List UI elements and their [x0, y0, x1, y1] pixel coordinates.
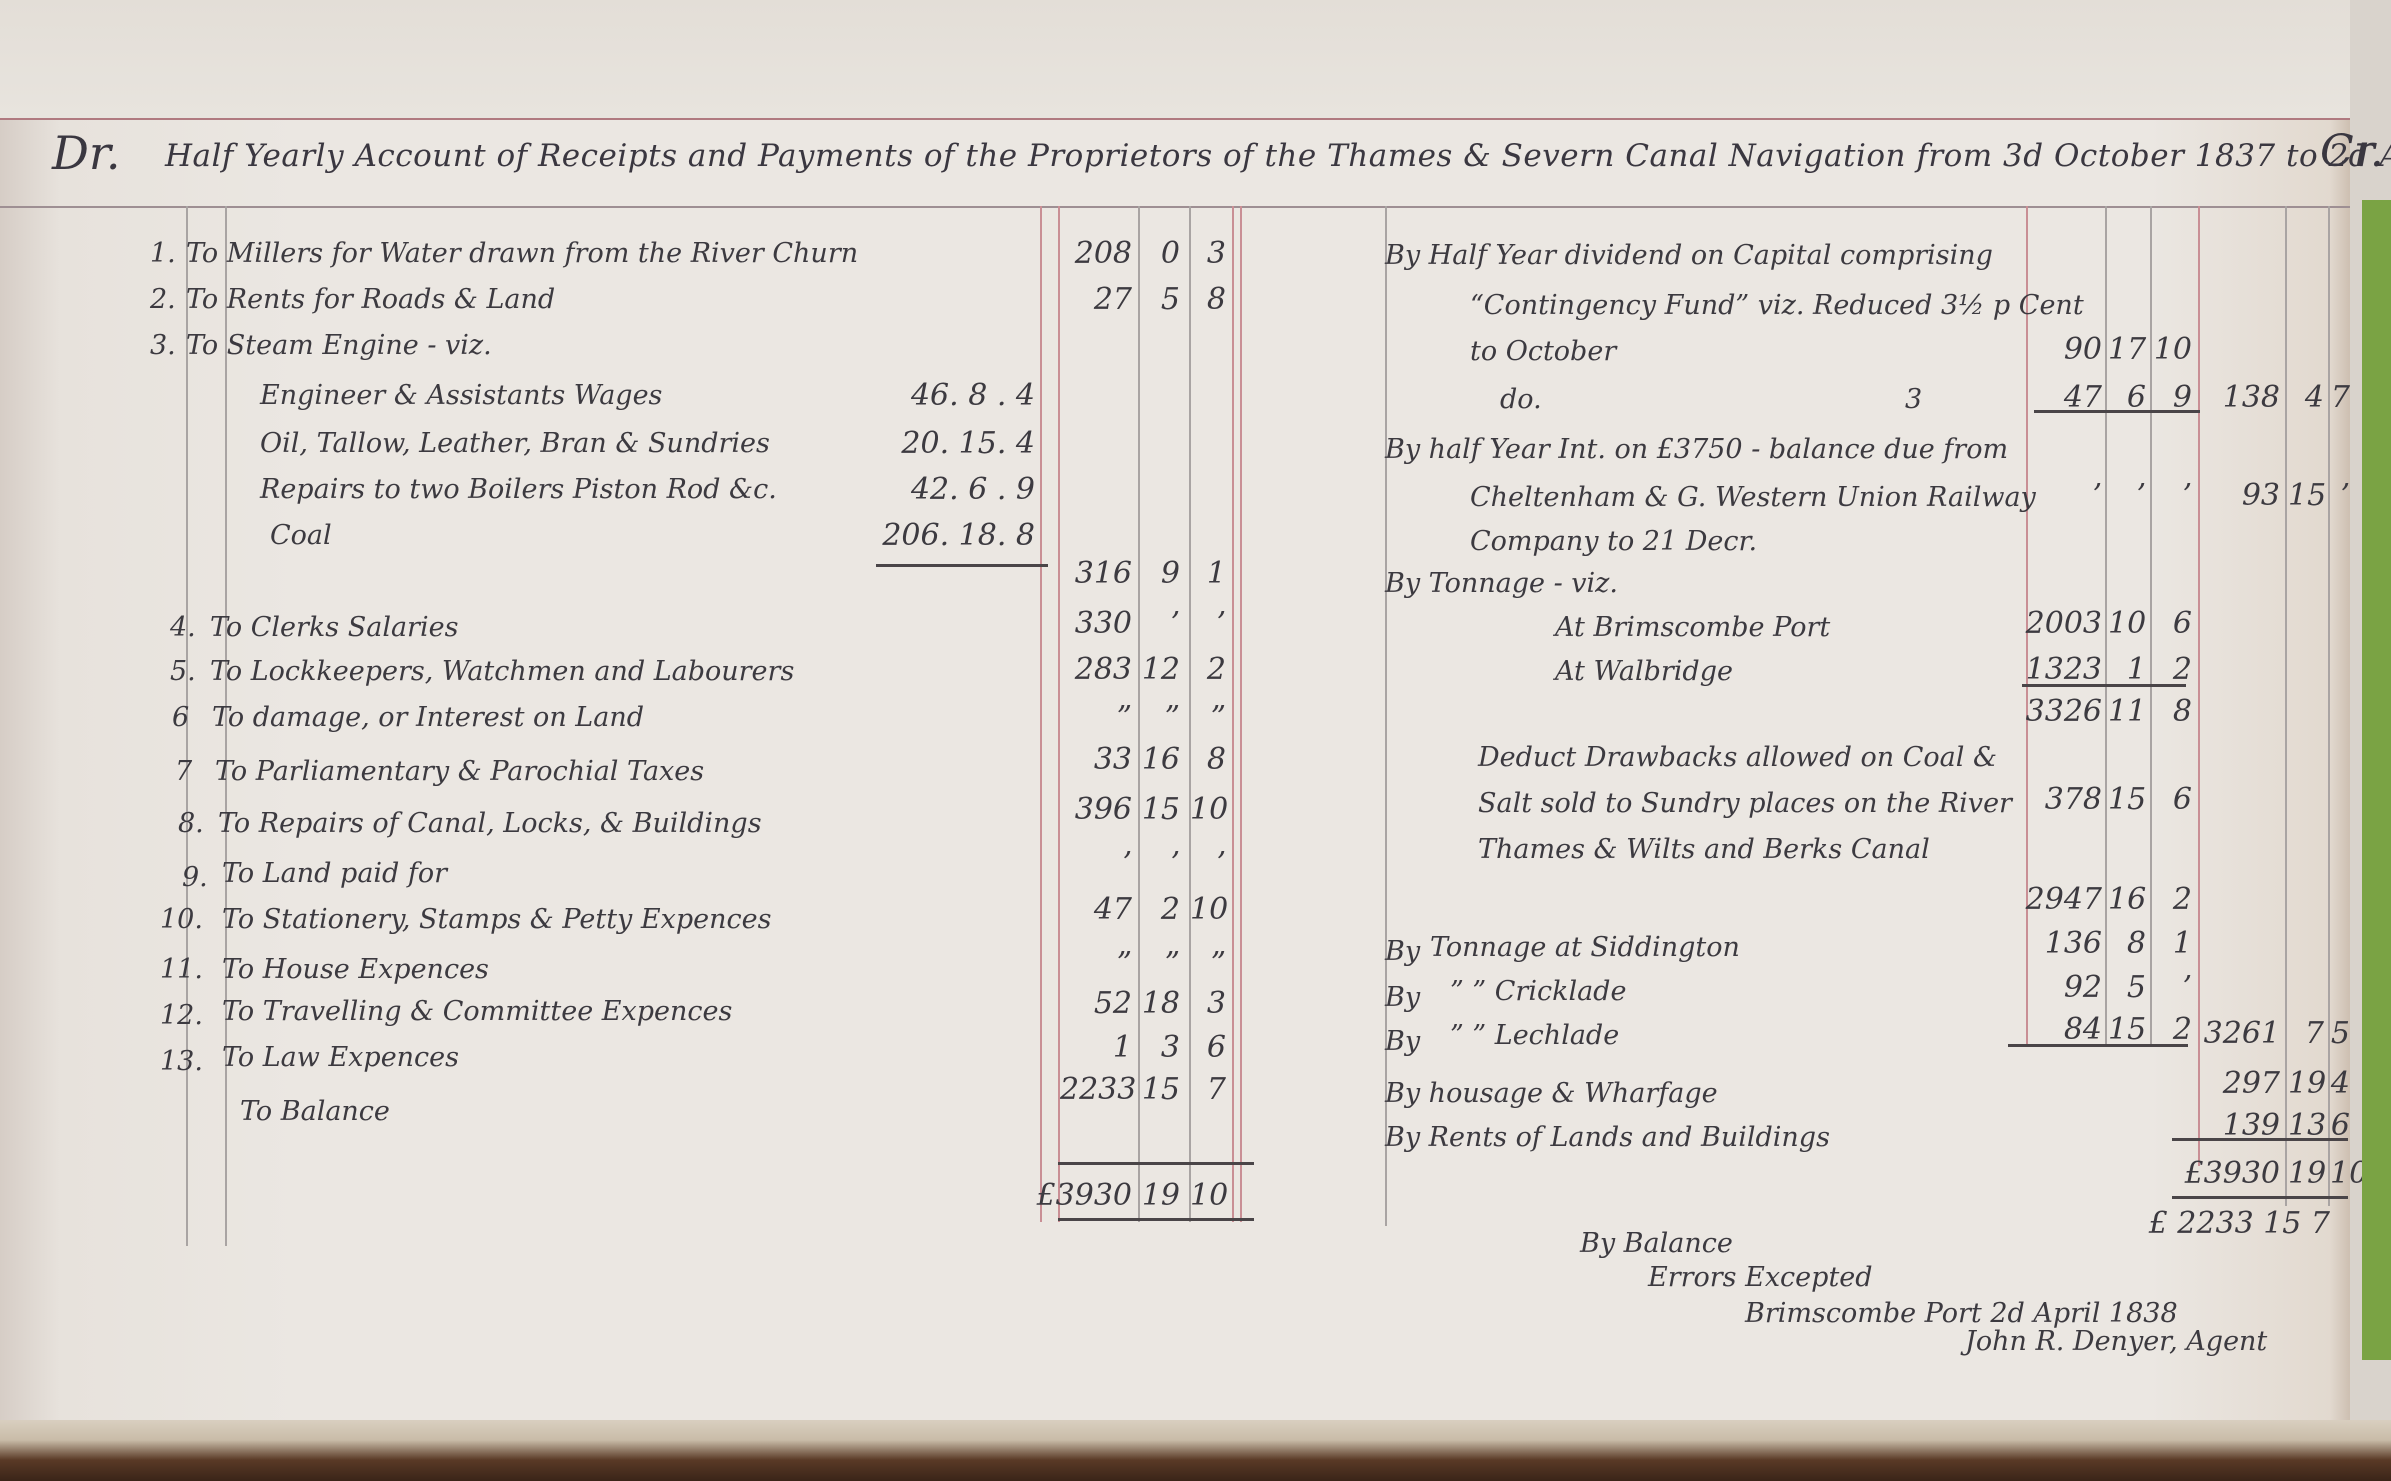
amount-pence: 4 [2330, 1066, 2350, 1101]
amount-shillings: 5 [2108, 970, 2146, 1005]
amount-shillings: ’ [2108, 478, 2146, 513]
amount-pounds: 297 [2198, 1066, 2280, 1101]
amount-pounds: 93 [2205, 478, 2280, 513]
item-number: 7 [175, 756, 192, 787]
amount-shillings: 9 [1140, 556, 1180, 591]
amount-shillings: ’ [1140, 846, 1180, 881]
entry-text: Salt sold to Sundry places on the River [1478, 788, 2012, 819]
amount-shillings: 2 [1140, 892, 1180, 927]
item-description: To Law Expences [222, 1042, 459, 1073]
item-description: To Balance [240, 1096, 390, 1127]
entry-text: do. [1500, 384, 1542, 415]
amount-pounds: ’ [1060, 846, 1132, 881]
ledger-title: Half Yearly Account of Receipts and Paym… [165, 138, 2391, 174]
amount-pounds: 1323 [2024, 652, 2102, 687]
entry-prefix: By [1385, 1026, 1420, 1057]
signature: John R. Denyer, Agent [1965, 1326, 2267, 1357]
entry-text: 3 [1905, 384, 1922, 415]
subtotal-rule [2034, 410, 2200, 413]
amount-pence: ’ [2152, 478, 2192, 513]
place-date: Brimscombe Port 2d April 1838 [1745, 1298, 2178, 1329]
amount-pounds: 33 [1060, 742, 1132, 777]
amount-pounds: 1 [1060, 1030, 1132, 1065]
item-number: 11. [160, 954, 203, 985]
item-number: 8. [178, 808, 204, 839]
background-green [2362, 200, 2391, 1360]
amount-shillings: 17 [2108, 332, 2146, 367]
debit-label: Dr. [52, 126, 120, 180]
amount-pence: 5 [2330, 1016, 2350, 1051]
amount-pence: 7 [2330, 380, 2350, 415]
amount-pence: ’ [2330, 478, 2350, 513]
amount-shillings: 5 [1140, 282, 1180, 317]
subtotal-rule [2022, 684, 2186, 687]
entry-text: Company to 21 Decr. [1470, 526, 1757, 557]
amount-pence: 1 [1190, 556, 1226, 591]
amount-shillings: 7 [2288, 1016, 2324, 1051]
amount-shillings: 11 [2108, 694, 2146, 729]
amount-pounds: 47 [1060, 892, 1132, 927]
item-number: 12. [160, 1000, 203, 1031]
rule [2285, 206, 2287, 1206]
amount-pence: 2 [2152, 652, 2192, 687]
amount-shillings: 1 [2108, 652, 2146, 687]
entry-text: “Contingency Fund” viz. Reduced 3½ p Cen… [1470, 290, 2084, 321]
item-number: 1. [150, 238, 176, 269]
amount-pence: 10 [2330, 1156, 2350, 1191]
subitem-amount: 206. 18. 8 [860, 518, 1035, 553]
subitem-amount: 46. 8 . 4 [860, 378, 1035, 413]
amount-pence: 8 [2152, 694, 2192, 729]
amount-pence: 3 [1190, 236, 1226, 271]
item-description: To Repairs of Canal, Locks, & Buildings [218, 808, 762, 839]
entry-text: At Brimscombe Port [1555, 612, 1830, 643]
amount-shillings: ” [1140, 700, 1180, 735]
item-number: 6 [172, 702, 189, 733]
amount-pounds: 283 [1060, 652, 1132, 687]
page-top-margin [0, 0, 2350, 118]
total-rule [1058, 1162, 1254, 1165]
amount-pounds: 138 [2205, 380, 2280, 415]
item-number: 5. [170, 656, 196, 687]
item-description: To damage, or Interest on Land [212, 702, 644, 733]
item-description: To Parliamentary & Parochial Taxes [215, 756, 704, 787]
amount-pounds: 2233 [1060, 1072, 1132, 1107]
subitem-description: Engineer & Assistants Wages [260, 380, 662, 411]
amount-shillings: 15 [2288, 478, 2324, 513]
amount-pounds: 52 [1060, 986, 1132, 1021]
amount-pence: 6 [2152, 606, 2192, 641]
rule [2328, 206, 2330, 1206]
amount-pounds: 92 [2024, 970, 2102, 1005]
amount-shillings: ’ [1140, 606, 1180, 641]
amount-pence: 1 [2152, 926, 2192, 961]
amount-pounds: 90 [2030, 332, 2102, 367]
amount-pounds: £3930 [1020, 1178, 1132, 1213]
item-number: 13. [160, 1046, 203, 1077]
entry-prefix: By [1385, 936, 1420, 967]
amount-shillings: 3 [1140, 1030, 1180, 1065]
entry-text: to October [1470, 336, 1616, 367]
subitem-amount: 20. 15. 4 [860, 426, 1035, 461]
item-description: To Land paid for [222, 858, 447, 889]
amount-shillings: 16 [2108, 882, 2146, 917]
subitem-description: Oil, Tallow, Leather, Bran & Sundries [260, 428, 770, 459]
amount-pounds: 84 [2024, 1012, 2102, 1047]
amount-pence: ” [1190, 946, 1226, 981]
amount-pence: 10 [1190, 892, 1226, 927]
item-number: 3. [150, 330, 176, 361]
item-description: To House Expences [222, 954, 489, 985]
entry-text: By Rents of Lands and Buildings [1385, 1122, 1830, 1153]
amount-pounds: 2003 [2024, 606, 2102, 641]
item-description: To Lockkeepers, Watchmen and Labourers [210, 656, 794, 687]
ledger-page: Dr. Half Yearly Account of Receipts and … [0, 0, 2350, 1450]
amount-shillings: 16 [1140, 742, 1180, 777]
amount-pence: 7 [1190, 1072, 1226, 1107]
amount-pounds: £3930 [2150, 1156, 2280, 1191]
item-description: To Steam Engine - viz. [186, 330, 492, 361]
item-description: To Stationery, Stamps & Petty Expences [222, 904, 771, 935]
entry-text: Cheltenham & G. Western Union Railway [1470, 482, 2036, 513]
ledger-header: Dr. Half Yearly Account of Receipts and … [0, 118, 2350, 206]
subtotal-rule [2008, 1044, 2188, 1047]
item-description: To Rents for Roads & Land [186, 284, 555, 315]
amount-pounds: 2947 [2024, 882, 2102, 917]
amount-pence: 2 [1190, 652, 1226, 687]
amount-pence: 10 [1190, 1178, 1226, 1213]
amount-pounds: 3326 [2024, 694, 2102, 729]
item-number: 4. [170, 612, 196, 643]
amount-pence: 10 [1190, 792, 1226, 827]
total-double-rule [2172, 1196, 2348, 1199]
entry-text: ” ” Cricklade [1450, 976, 1626, 1007]
amount-pounds: 378 [2024, 782, 2102, 817]
entry-text: Deduct Drawbacks allowed on Coal & [1478, 742, 1997, 773]
amount-pence: 3 [1190, 986, 1226, 1021]
amount-shillings: 0 [1140, 236, 1180, 271]
amount-shillings: 4 [2288, 380, 2324, 415]
amount-pence: 6 [2152, 782, 2192, 817]
entry-text: ” ” Lechlade [1450, 1020, 1619, 1051]
amount-pounds: 136 [2024, 926, 2102, 961]
entry-text: Thames & Wilts and Berks Canal [1478, 834, 1930, 865]
amount-pounds: 316 [1060, 556, 1132, 591]
amount-pounds: 396 [1060, 792, 1132, 827]
amount-shillings: 8 [2108, 926, 2146, 961]
amount-pence: 2 [2152, 1012, 2192, 1047]
amount-pounds: 3261 [2198, 1016, 2280, 1051]
credit-label: Cr. [2320, 126, 2384, 177]
subtotal-rule [876, 564, 1048, 567]
entry-text: By half Year Int. on £3750 - balance due… [1385, 434, 2008, 465]
rule [2105, 206, 2107, 1046]
rule [1240, 206, 1242, 1222]
rule [1232, 206, 1234, 1222]
total-double-rule [1058, 1218, 1254, 1221]
entry-text: By housage & Wharfage [1385, 1078, 1718, 1109]
balance-amount: £ 2233 15 7 [2080, 1206, 2330, 1241]
entry-prefix: By [1385, 982, 1420, 1013]
amount-shillings: 18 [1140, 986, 1180, 1021]
amount-pence: 10 [2152, 332, 2192, 367]
rule [1040, 206, 1042, 1222]
amount-pounds: ” [1060, 700, 1132, 735]
entry-text: Tonnage at Siddington [1430, 932, 1740, 963]
item-description: To Clerks Salaries [210, 612, 458, 643]
amount-shillings: 19 [2288, 1066, 2324, 1101]
amount-pounds: 208 [1060, 236, 1132, 271]
amount-pence: 8 [1190, 742, 1226, 777]
amount-pounds: 330 [1060, 606, 1132, 641]
amount-shillings: 12 [1140, 652, 1180, 687]
total-rule [2172, 1138, 2348, 1141]
entry-text: At Walbridge [1555, 656, 1733, 687]
amount-pounds: ’ [2030, 478, 2102, 513]
amount-shillings: 19 [1140, 1178, 1180, 1213]
subitem-amount: 42. 6 . 9 [860, 472, 1035, 507]
entry-text: By Half Year dividend on Capital compris… [1385, 240, 1993, 271]
errors-excepted: Errors Excepted [1648, 1262, 1873, 1293]
subitem-description: Repairs to two Boilers Piston Rod &c. [260, 474, 777, 505]
amount-pence: 8 [1190, 282, 1226, 317]
amount-pence: ’ [1190, 846, 1226, 881]
amount-shillings: 15 [2108, 1012, 2146, 1047]
header-bottom-rule [0, 206, 2350, 208]
amount-shillings: 15 [1140, 792, 1180, 827]
entry-text: By Balance [1580, 1228, 1733, 1259]
book-bottom-edge [0, 1420, 2391, 1481]
item-number: 9. [182, 862, 208, 893]
amount-shillings: 10 [2108, 606, 2146, 641]
item-description: To Travelling & Committee Expences [222, 996, 732, 1027]
rule [1385, 206, 1387, 1226]
item-number: 2. [150, 284, 176, 315]
amount-pence: ” [1190, 700, 1226, 735]
amount-pence: ’ [2152, 970, 2192, 1005]
item-number: 10. [160, 904, 203, 935]
amount-pence: 6 [1190, 1030, 1226, 1065]
amount-shillings: 15 [2108, 782, 2146, 817]
amount-pence: ’ [1190, 606, 1226, 641]
amount-pounds: 27 [1060, 282, 1132, 317]
subitem-description: Coal [270, 520, 332, 551]
amount-shillings: 19 [2288, 1156, 2324, 1191]
amount-shillings: 15 [1140, 1072, 1180, 1107]
amount-pence: 2 [2152, 882, 2192, 917]
entry-text: By Tonnage - viz. [1385, 568, 1618, 599]
amount-shillings: ” [1140, 946, 1180, 981]
amount-pounds: ” [1060, 946, 1132, 981]
item-description: To Millers for Water drawn from the Rive… [186, 238, 858, 269]
